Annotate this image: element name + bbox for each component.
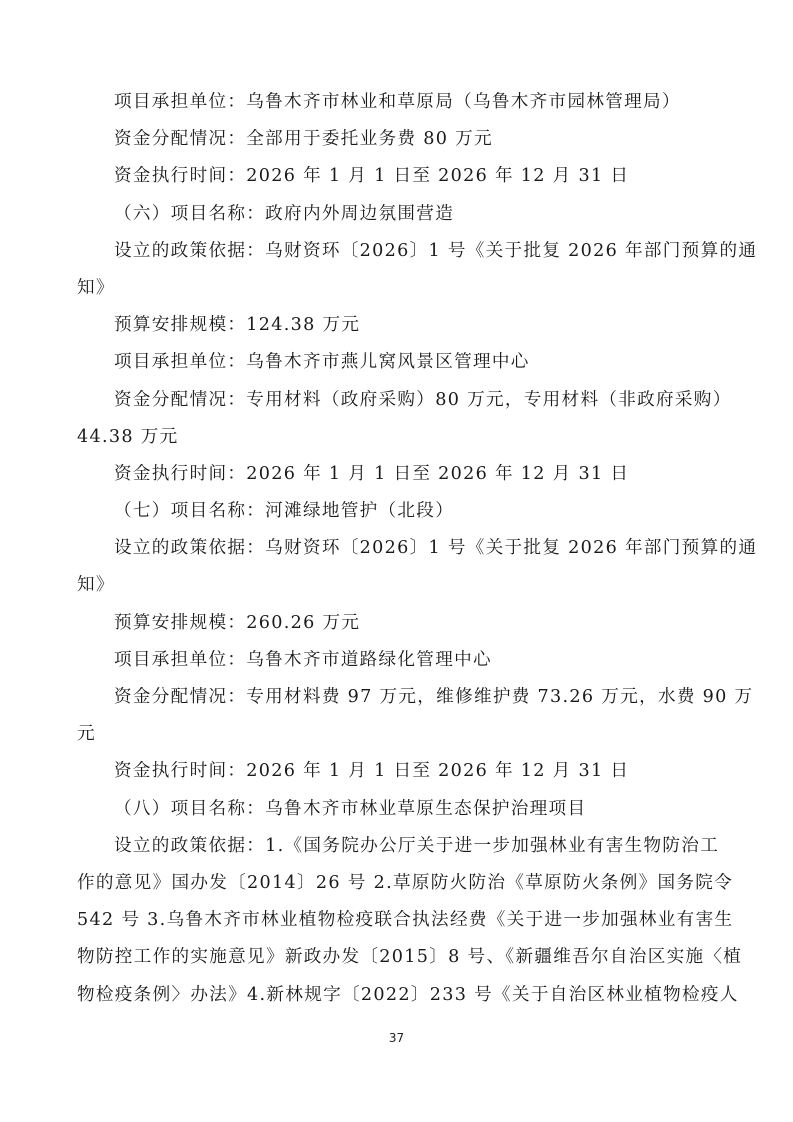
text-line: 资金分配情况：专用材料（政府采购）80 万元，专用材料（非政府采购） (77, 382, 717, 419)
text-line: 资金分配情况：专用材料费 97 万元，维修维护费 73.26 万元，水费 90 … (77, 679, 717, 716)
text-line: 44.38 万元 (77, 419, 717, 456)
page-number: 37 (0, 1031, 793, 1045)
text-line: 资金执行时间：2026 年 1 月 1 日至 2026 年 12 月 31 日 (77, 753, 717, 790)
text-line: 元 (77, 716, 717, 753)
text-line: 预算安排规模：260.26 万元 (77, 605, 717, 642)
text-line: 资金执行时间：2026 年 1 月 1 日至 2026 年 12 月 31 日 (77, 456, 717, 493)
text-line: 设立的政策依据：乌财资环〔2026〕1 号《关于批复 2026 年部门预算的通 (77, 530, 717, 567)
text-line: 作的意见》国办发〔2014〕26 号 2.草原防火防治《草原防火条例》国务院令 (77, 865, 717, 902)
text-line: 设立的政策依据：乌财资环〔2026〕1 号《关于批复 2026 年部门预算的通 (77, 233, 717, 270)
text-line: 项目承担单位：乌鲁木齐市林业和草原局（乌鲁木齐市园林管理局） (77, 84, 717, 121)
text-line: 项目承担单位：乌鲁木齐市燕儿窝风景区管理中心 (77, 344, 717, 381)
text-line: 物防控工作的实施意见》新政办发〔2015〕8 号、《新疆维吾尔自治区实施〈植 (77, 939, 717, 976)
text-line: 资金分配情况：全部用于委托业务费 80 万元 (77, 121, 717, 158)
text-line: 知》 (77, 270, 717, 307)
document-page: 项目承担单位：乌鲁木齐市林业和草原局（乌鲁木齐市园林管理局） 资金分配情况：全部… (0, 0, 793, 1122)
text-line: 知》 (77, 567, 717, 604)
section-heading-6: （六）项目名称：政府内外周边氛围营造 (77, 196, 717, 233)
section-heading-8: （八）项目名称：乌鲁木齐市林业草原生态保护治理项目 (77, 791, 717, 828)
text-line: 物检疫条例〉办法》4.新林规字〔2022〕233 号《关于自治区林业植物检疫人 (77, 977, 717, 1014)
text-line: 542 号 3.乌鲁木齐市林业植物检疫联合执法经费《关于进一步加强林业有害生 (77, 902, 717, 939)
text-line: 设立的政策依据：1.《国务院办公厅关于进一步加强林业有害生物防治工 (77, 828, 717, 865)
text-line: 预算安排规模：124.38 万元 (77, 307, 717, 344)
text-line: 资金执行时间：2026 年 1 月 1 日至 2026 年 12 月 31 日 (77, 158, 717, 195)
body-text: 项目承担单位：乌鲁木齐市林业和草原局（乌鲁木齐市园林管理局） 资金分配情况：全部… (77, 84, 717, 1014)
text-line: 项目承担单位：乌鲁木齐市道路绿化管理中心 (77, 642, 717, 679)
section-heading-7: （七）项目名称：河滩绿地管护（北段） (77, 493, 717, 530)
